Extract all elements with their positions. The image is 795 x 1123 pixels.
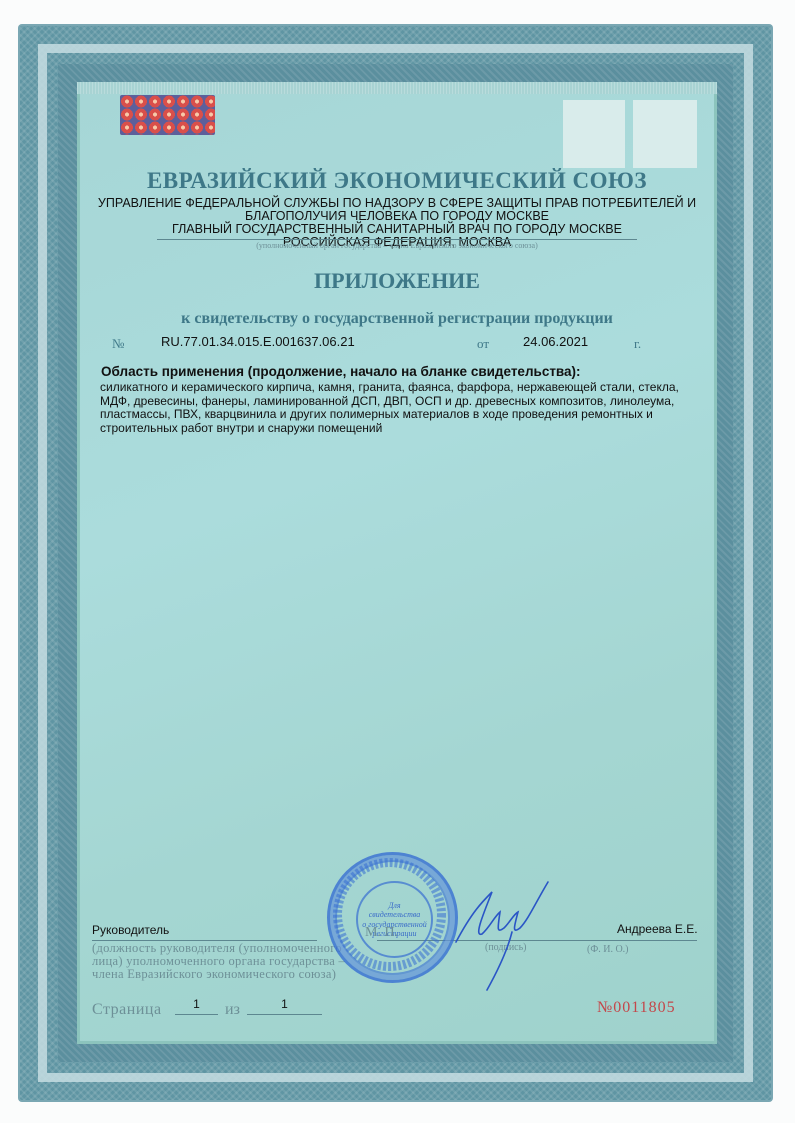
signer-name: Андреева Е.Е. <box>617 922 698 936</box>
hologram-icon <box>120 95 215 135</box>
number-label: № <box>112 336 124 352</box>
registration-number: RU.77.01.34.015.E.001637.06.21 <box>161 334 355 349</box>
authority-rule <box>157 239 637 240</box>
position-value: Руководитель <box>92 923 169 937</box>
blank-box <box>563 100 625 168</box>
stamp-inner-text: Для свидетельства о государственной реги… <box>356 881 433 958</box>
year-label: г. <box>634 336 641 352</box>
certificate-sheet: ЕВРАЗИЙСКИЙ ЭКОНОМИЧЕСКИЙ СОЮЗ УПРАВЛЕНИ… <box>77 82 717 1044</box>
pagination: Страница 1 из 1 <box>92 997 392 1019</box>
document-subtitle: к свидетельству о государственной регист… <box>77 310 717 328</box>
page-label: Страница <box>92 1001 162 1019</box>
from-label: от <box>477 336 489 352</box>
page-of-label: из <box>225 1001 240 1019</box>
stamp-line: Для <box>388 901 400 911</box>
registration-date: 24.06.2021 <box>523 334 588 349</box>
handwritten-signature-icon <box>452 872 552 992</box>
blank-box <box>633 100 697 168</box>
top-strip <box>77 82 717 94</box>
document-title: ПРИЛОЖЕНИЕ <box>77 268 717 294</box>
authority-caption: (уполномоченный орган государства – член… <box>77 241 717 250</box>
serial-number: №0011805 <box>597 999 676 1017</box>
page-current: 1 <box>175 997 218 1015</box>
position-caption: (должность руководителя (уполномоченного… <box>92 942 357 981</box>
official-stamp-icon: Для свидетельства о государственной реги… <box>327 852 458 983</box>
scope-heading: Область применения (продолжение, начало … <box>101 364 581 379</box>
union-title: ЕВРАЗИЙСКИЙ ЭКОНОМИЧЕСКИЙ СОЮЗ <box>77 168 717 194</box>
scope-text: силикатного и керамического кирпича, кам… <box>100 381 700 435</box>
registration-row: № RU.77.01.34.015.E.001637.06.21 от 24.0… <box>77 334 717 352</box>
stamp-line: свидетельства <box>369 910 421 920</box>
name-rule <box>537 940 697 941</box>
page-total: 1 <box>247 997 322 1015</box>
seal-label: М. П. <box>365 925 398 941</box>
name-caption: (Ф. И. О.) <box>587 944 629 955</box>
